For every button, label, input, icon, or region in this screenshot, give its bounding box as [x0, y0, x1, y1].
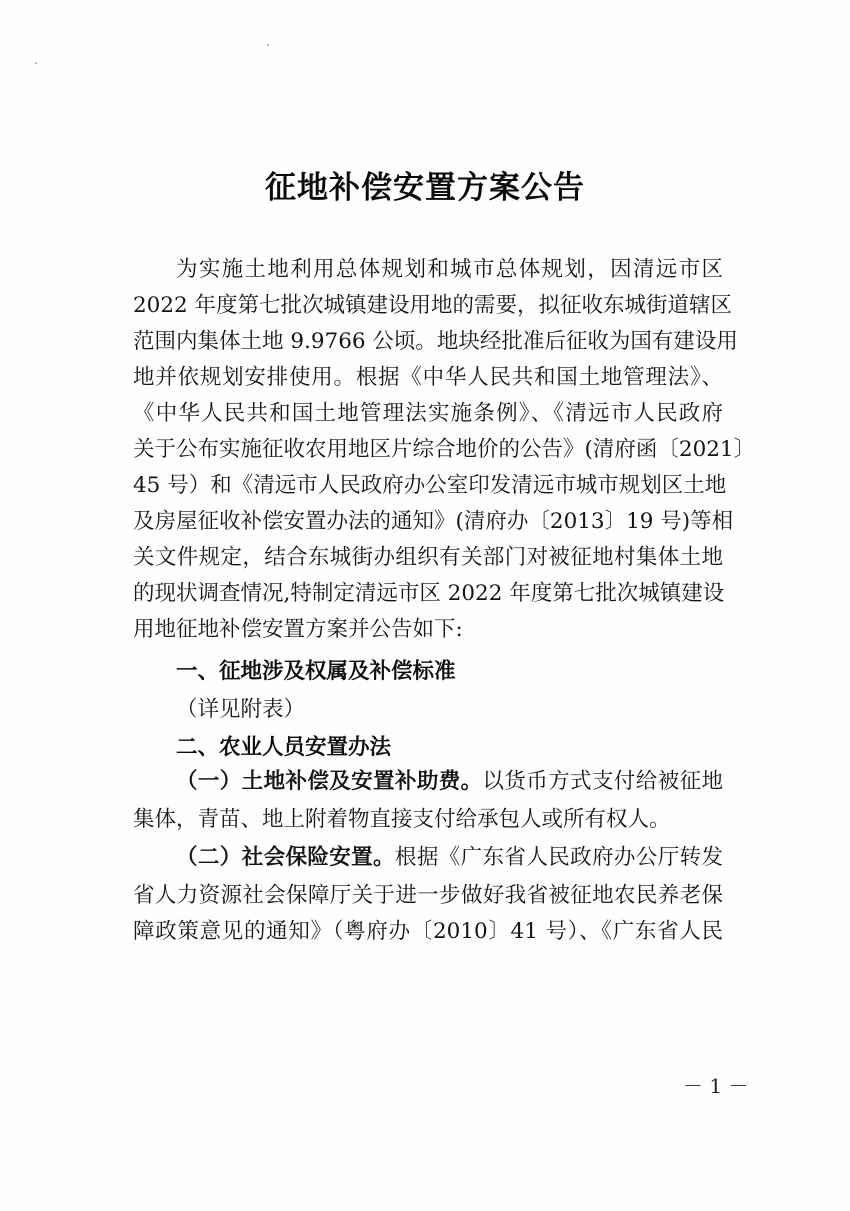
- paragraph-line: 范围内集体土地 9.9766 公顷。地块经批准后征收为国有建设用: [133, 328, 723, 356]
- item2-label: （二）社会保险安置。: [176, 845, 395, 870]
- scan-speck: [35, 62, 37, 64]
- paragraph-line: 地并依规划安排使用。根据《中华人民共和国土地管理法》、: [133, 364, 723, 392]
- item1-line: 集体，青苗、地上附着物直接支付给承包人或所有权人。: [133, 806, 723, 834]
- paragraph-line: 关文件规定，结合东城街办组织有关部门对被征地村集体土地: [133, 544, 723, 572]
- paragraph-line: 关于公布实施征收农用地区片综合地价的公告》(清府函〔2021〕: [133, 436, 723, 464]
- item2-line: 障政策意见的通知》（粤府办〔2010〕41 号）、《广东省人民: [133, 918, 723, 946]
- paragraph-line: 为实施土地利用总体规划和城市总体规划，因清远市区: [176, 256, 723, 284]
- item1-label: （一）土地补偿及安置补助费。: [176, 769, 483, 794]
- paragraph-line: 2022 年度第七批次城镇建设用地的需要，拟征收东城街道辖区: [133, 292, 723, 320]
- document-page: 征地补偿安置方案公告 为实施土地利用总体规划和城市总体规划，因清远市区 2022…: [0, 0, 850, 1211]
- paragraph-line: 用地征地补偿安置方案并公告如下:: [133, 616, 723, 644]
- item2-line: 省人力资源社会保障厅关于进一步做好我省被征地农民养老保: [133, 882, 723, 910]
- paragraph-line: 《中华人民共和国土地管理法实施条例》、《清远市人民政府: [133, 400, 723, 428]
- section-heading-2: 二、农业人员安置办法: [176, 730, 391, 761]
- paragraph-line: 及房屋征收补偿安置办法的通知》(清府办〔2013〕19 号)等相: [133, 508, 723, 536]
- item1-text: 以货币方式支付给被征地: [483, 769, 723, 794]
- section-note: （详见附表）: [176, 692, 305, 723]
- paragraph-line: 45 号）和《清远市人民政府办公室印发清远市城市规划区土地: [133, 472, 723, 500]
- item1-line: （一）土地补偿及安置补助费。以货币方式支付给被征地: [176, 768, 723, 796]
- paragraph-line: 的现状调查情况,特制定清远市区 2022 年度第七批次城镇建设: [133, 580, 723, 608]
- section-heading-1: 一、征地涉及权属及补偿标准: [176, 654, 456, 685]
- document-title: 征地补偿安置方案公告: [0, 162, 850, 207]
- page-number: － 1 －: [683, 1070, 748, 1099]
- scan-speck: [267, 44, 269, 46]
- item2-line: （二）社会保险安置。根据《广东省人民政府办公厅转发: [176, 844, 723, 872]
- item2-text: 根据《广东省人民政府办公厅转发: [395, 845, 723, 870]
